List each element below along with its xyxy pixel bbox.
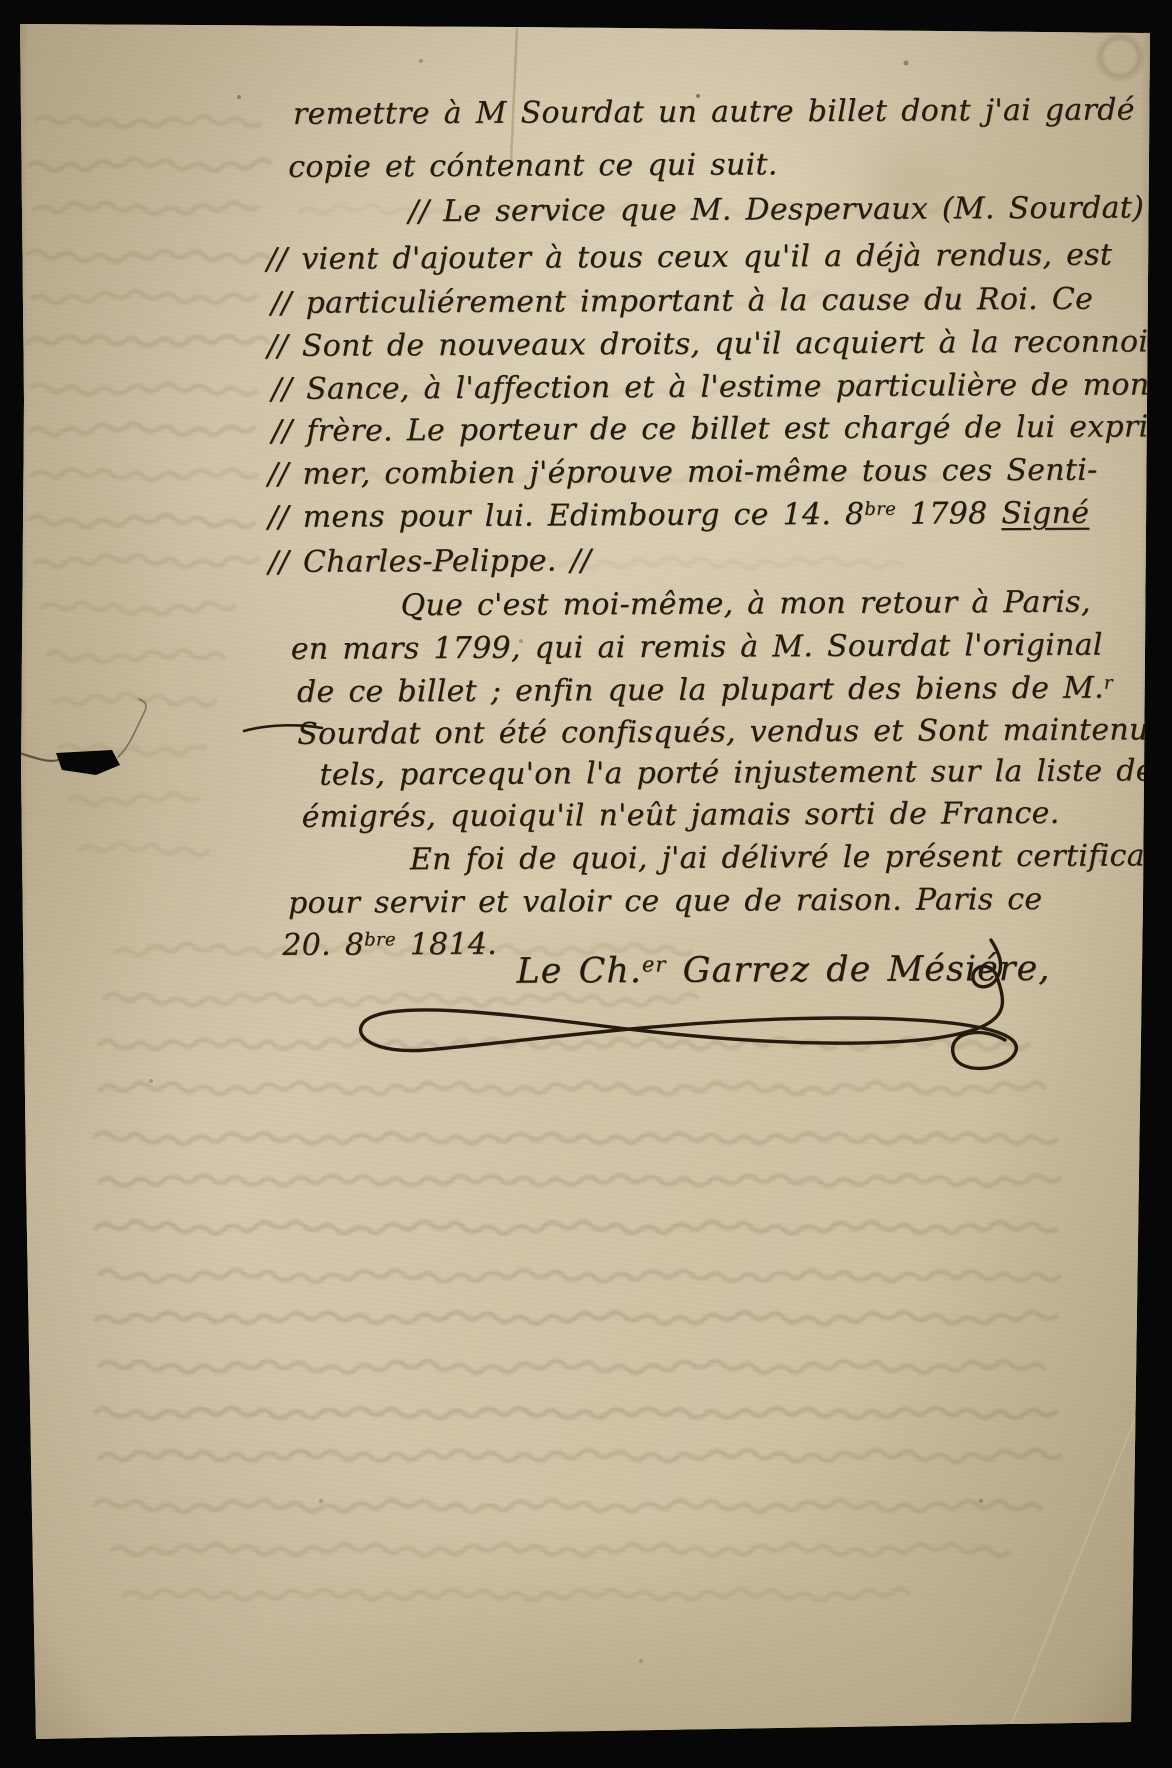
manuscript-line: // particuliérement important à la cause… bbox=[271, 281, 1093, 323]
text-run: // frère. Le porteur de ce billet est ch… bbox=[272, 409, 1160, 449]
manuscript-line: // Le service que M. Despervaux (M. Sour… bbox=[408, 189, 1144, 230]
manuscript-line: // vient d'ajouter à tous ceux qu'il a d… bbox=[267, 237, 1113, 279]
text-run: // mens pour lui. Edimbourg ce 14. 8 bbox=[268, 497, 864, 535]
manuscript-text-block: remettre à M Sourdat un autre billet don… bbox=[0, 0, 1172, 1768]
manuscript-line: // mens pour lui. Edimbourg ce 14. 8bre … bbox=[268, 495, 1089, 537]
manuscript-line: // Sance, à l'affection et à l'estime pa… bbox=[271, 366, 1149, 408]
text-run: Garrez de Mésiére, bbox=[666, 949, 1050, 991]
manuscript-line: pour servir et valoir ce que de raison. … bbox=[288, 881, 1042, 922]
text-run: de ce billet ; enfin que la plupart des … bbox=[297, 671, 1104, 710]
manuscript-line: En foi de quoi, j'ai délivré le présent … bbox=[410, 837, 1167, 878]
photo-backdrop: remettre à M Sourdat un autre billet don… bbox=[0, 0, 1172, 1768]
manuscript-line: // Sont de nouveaux droits, qu'il acquie… bbox=[267, 323, 1172, 365]
text-run: Signé bbox=[1001, 496, 1089, 531]
text-run: en mars 1799, qui ai remis à M. Sourdat … bbox=[291, 628, 1103, 667]
superscript-run: er bbox=[642, 952, 667, 976]
signature-line: Le Ch.er Garrez de Mésiére, bbox=[516, 948, 1050, 995]
manuscript-page: remettre à M Sourdat un autre billet don… bbox=[0, 0, 1172, 1768]
manuscript-line: Sourdat ont été confisqués, vendus et So… bbox=[297, 711, 1164, 753]
manuscript-line: 20. 8bre 1814. bbox=[282, 926, 497, 965]
text-run: // Charles-Pelippe. // bbox=[268, 543, 591, 580]
paper-speckles bbox=[0, 0, 2, 2]
text-run: 20. 8 bbox=[282, 927, 364, 962]
text-run: Le Ch. bbox=[516, 951, 642, 992]
superscript-run: bre bbox=[864, 499, 896, 520]
text-run: // particuliérement important à la cause… bbox=[271, 282, 1093, 321]
text-run: émigrés, quoiqu'il n'eût jamais sorti de… bbox=[302, 796, 1060, 835]
text-run: 1814. bbox=[396, 927, 497, 963]
text-run: Que c'est moi-même, à mon retour à Paris… bbox=[400, 585, 1090, 624]
text-run: pour servir et valoir ce que de raison. … bbox=[288, 882, 1042, 921]
manuscript-line: émigrés, quoiqu'il n'eût jamais sorti de… bbox=[302, 795, 1060, 836]
text-run: En foi de quoi, j'ai délivré le présent … bbox=[410, 838, 1167, 877]
manuscript-line: tels, parcequ'on l'a porté injustement s… bbox=[319, 752, 1169, 794]
text-run: 1798 bbox=[896, 496, 1001, 532]
manuscript-line: // Charles-Pelippe. // bbox=[268, 542, 591, 581]
superscript-run: r bbox=[1104, 673, 1113, 694]
text-run: tels, parcequ'on l'a porté injustement s… bbox=[319, 753, 1169, 792]
manuscript-line: remettre à M Sourdat un autre billet don… bbox=[293, 91, 1135, 133]
text-run: // Le service que M. Despervaux (M. Sour… bbox=[408, 190, 1144, 229]
text-run: // vient d'ajouter à tous ceux qu'il a d… bbox=[267, 238, 1113, 277]
manuscript-line: copie et cóntenant ce qui suit. bbox=[288, 146, 778, 186]
text-run: // Sance, à l'affection et à l'estime pa… bbox=[271, 367, 1149, 407]
text-run: // mer, combien j'éprouve moi-même tous … bbox=[268, 453, 1098, 492]
superscript-run: bre bbox=[364, 929, 396, 950]
manuscript-line: en mars 1799, qui ai remis à M. Sourdat … bbox=[291, 627, 1103, 669]
manuscript-line: // frère. Le porteur de ce billet est ch… bbox=[272, 408, 1160, 450]
manuscript-line: // mer, combien j'éprouve moi-même tous … bbox=[268, 452, 1098, 494]
text-run: // Sont de nouveaux droits, qu'il acquie… bbox=[267, 324, 1172, 364]
manuscript-line: Que c'est moi-même, à mon retour à Paris… bbox=[400, 584, 1090, 625]
manuscript-line: de ce billet ; enfin que la plupart des … bbox=[297, 670, 1113, 712]
text-run: copie et cóntenant ce qui suit. bbox=[288, 147, 778, 185]
text-run: remettre à M Sourdat un autre billet don… bbox=[293, 92, 1135, 131]
text-run: Sourdat ont été confisqués, vendus et So… bbox=[297, 712, 1164, 752]
